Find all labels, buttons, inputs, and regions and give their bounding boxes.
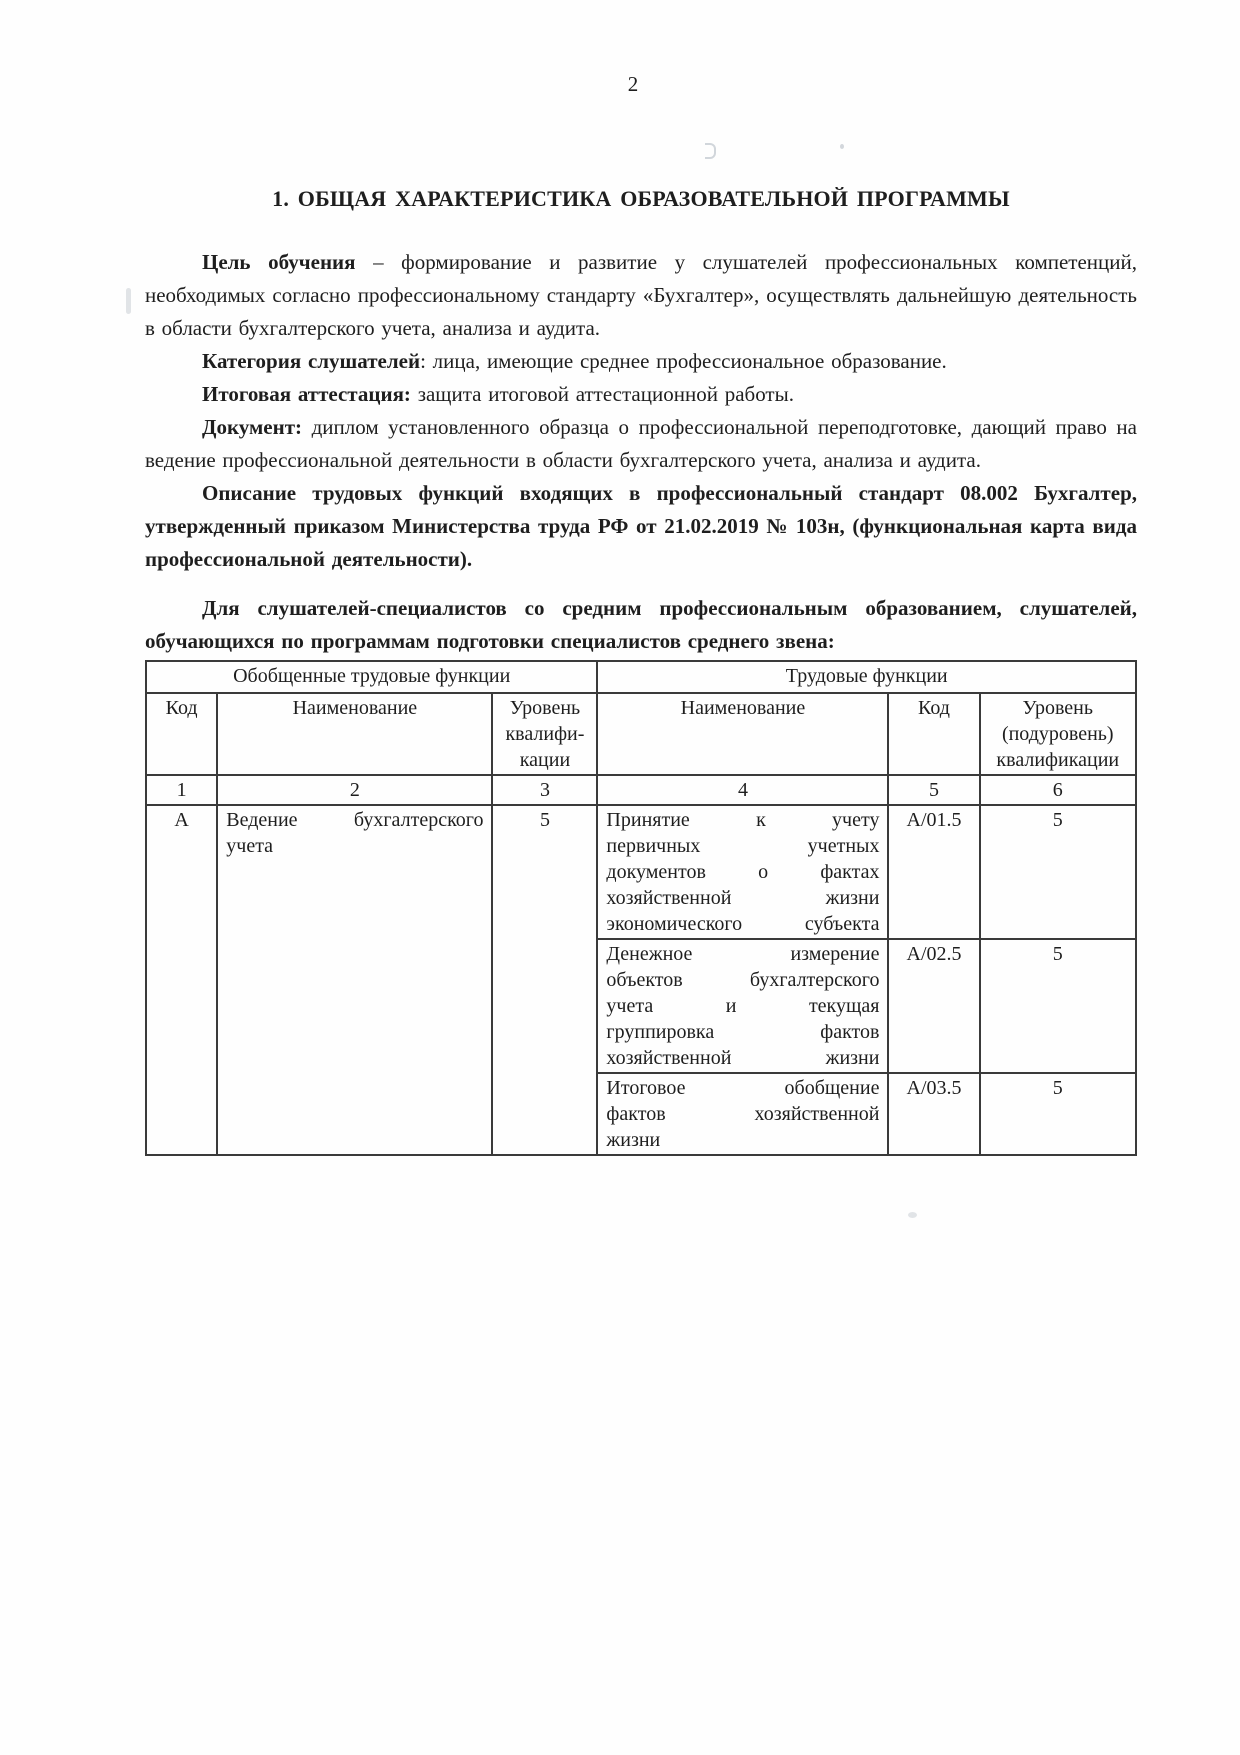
function-level: 5 [980,939,1136,1073]
generalized-name: Ведение бухгалтерского учета [217,805,492,1155]
group-header-labor-functions: Трудовые функции [597,661,1136,693]
numbering-3: 3 [492,775,597,805]
attestation-label: Итоговая аттестация: [202,382,411,406]
table-row-group-headers: Обобщенные трудовые функции Трудовые фун… [146,661,1136,693]
attestation-text: защита итоговой аттестационной работы. [411,382,794,406]
paragraph-description: Описание трудовых функций входящих в про… [145,477,1137,576]
table-row-numbering: 1 2 3 4 5 6 [146,775,1136,805]
numbering-1: 1 [146,775,217,805]
group-header-generalized-functions: Обобщенные трудовые функции [146,661,597,693]
function-level: 5 [980,805,1136,939]
document-label: Документ: [202,415,302,439]
category-text: : лица, имеющие среднее профессиональное… [420,349,947,373]
table-row-column-headers: Код Наименование Уровень квалифи- кации … [146,693,1136,775]
function-level: 5 [980,1073,1136,1155]
paragraph-document: Документ: диплом установленного образца … [145,411,1137,477]
document-body: 1. ОБЩАЯ ХАРАКТЕРИСТИКА ОБРАЗОВАТЕЛЬНОЙ … [145,0,1137,1156]
col-header-code-2: Код [888,693,979,775]
numbering-5: 5 [888,775,979,805]
col-header-name-1: Наименование [217,693,492,775]
paragraph-attestation: Итоговая аттестация: защита итоговой атт… [145,378,1137,411]
labor-functions-table: Обобщенные трудовые функции Трудовые фун… [145,660,1137,1156]
paragraph-category: Категория слушателей: лица, имеющие сред… [145,345,1137,378]
function-code: А/01.5 [888,805,979,939]
function-code: А/03.5 [888,1073,979,1155]
col-header-qual-level: Уровень квалифи- кации [492,693,597,775]
scan-speck [126,288,131,314]
function-name: Принятие к учету первичных учетных докум… [597,805,888,939]
paragraph-intro: Для слушателей-специалистов со средним п… [145,592,1137,658]
section-heading: 1. ОБЩАЯ ХАРАКТЕРИСТИКА ОБРАЗОВАТЕЛЬНОЙ … [145,186,1137,212]
function-code: А/02.5 [888,939,979,1073]
col-header-name-2: Наименование [597,693,888,775]
paragraph-goal: Цель обучения – формирование и развитие … [145,246,1137,345]
function-name: Денежное измерение объектов бухгалтерско… [597,939,888,1073]
numbering-2: 2 [217,775,492,805]
generalized-level: 5 [492,805,597,1155]
scan-speck [908,1212,917,1218]
function-name: Итоговое обобщение фактов хозяйственной … [597,1073,888,1155]
numbering-6: 6 [980,775,1136,805]
col-header-sublevel: Уровень (подуровень) квалификации [980,693,1136,775]
col-header-code-1: Код [146,693,217,775]
category-label: Категория слушателей [202,349,420,373]
goal-label: Цель обучения [202,250,356,274]
numbering-4: 4 [597,775,888,805]
table-row-function-1: А Ведение бухгалтерского учета 5 Приняти… [146,805,1136,939]
generalized-code: А [146,805,217,1155]
